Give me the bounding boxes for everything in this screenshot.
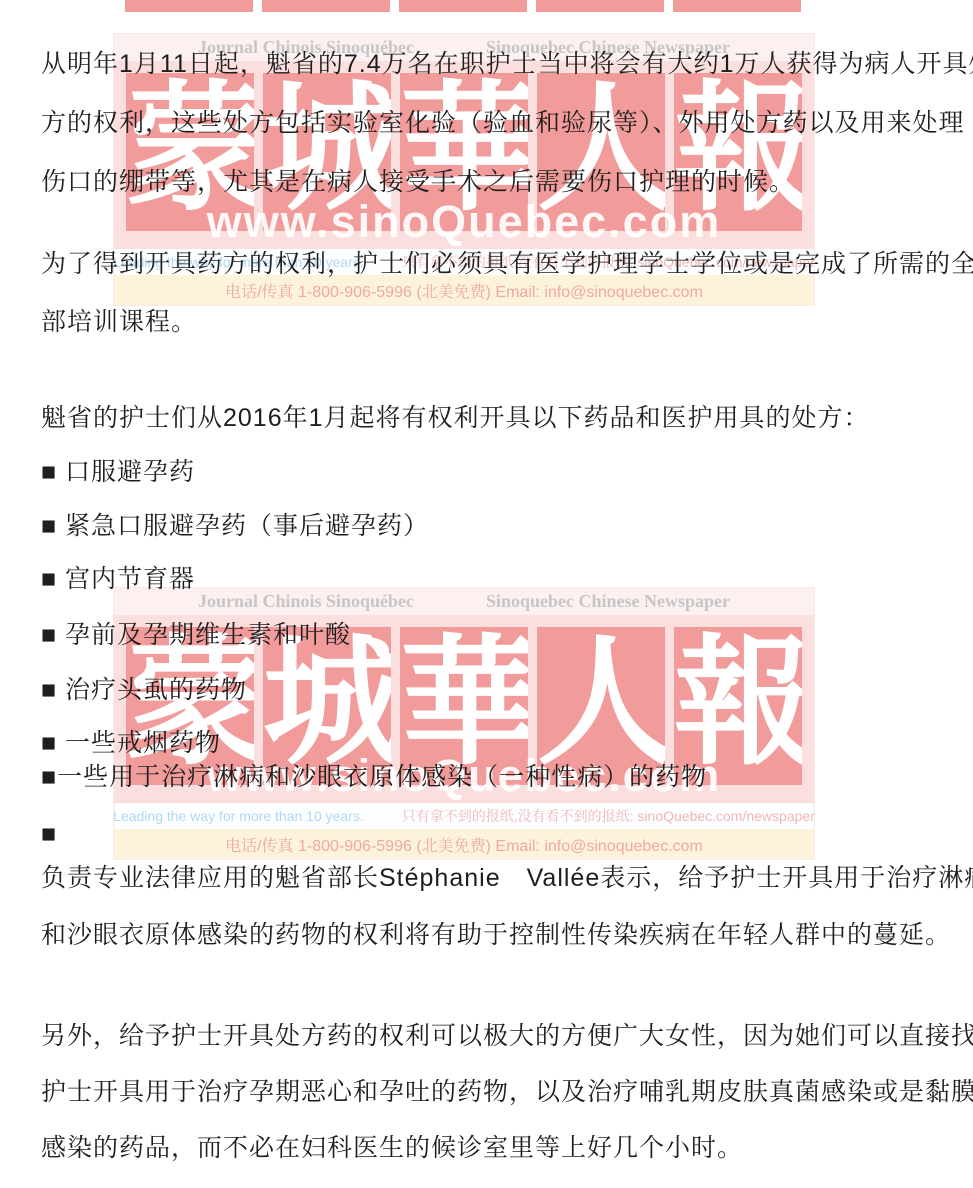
brand-character: 人 xyxy=(536,0,664,12)
brand-character: 華 xyxy=(399,0,527,12)
list-item: ■ 紧急口服避孕药（事后避孕药） xyxy=(41,512,429,540)
brand-character: 蒙 xyxy=(125,0,253,12)
contact-label: 电话/传真 1-800-906-5996 (北美免费) Email: info@… xyxy=(225,279,703,302)
paragraph-line: 魁省的护士们从2016年1月起将有权利开具以下药品和医护用具的处方： xyxy=(41,404,870,432)
list-item: ■ 口服避孕药 xyxy=(41,458,195,486)
paragraph-line: 另外，给予护士开具处方药的权利可以极大的方便广大女性，因为她们可以直接找 xyxy=(41,1022,973,1050)
article-page: 蒙 城 華 人 報 Journal Chinois Sinoquébec Sin… xyxy=(0,0,973,1188)
paragraph-line: 为了得到开具药方的权利，护士们必须具有医学护理学士学位或是完成了所需的全 xyxy=(41,250,973,278)
watermark-journal-band: Journal Chinois Sinoquébec Sinoquebec Ch… xyxy=(114,588,814,615)
list-item: ■ xyxy=(41,820,57,848)
paragraph-line: 和沙眼衣原体感染的药物的权利将有助于控制性传染疾病在年轻人群中的蔓延。 xyxy=(41,921,951,949)
watermark-fragment-top: 蒙 城 華 人 報 xyxy=(113,0,813,14)
watermark-contact-band: 电话/传真 1-800-906-5996 (北美免费) Email: info@… xyxy=(114,829,814,859)
paragraph-line: 伤口的绷带等，尤其是在病人接受手术之后需要伤口护理的时候。 xyxy=(41,168,795,196)
brand-character: 報 xyxy=(673,0,801,12)
paragraph-line: 部培训课程。 xyxy=(41,308,197,336)
paragraph-line: 感染的药品，而不必在妇科医生的候诊室里等上好几个小时。 xyxy=(41,1134,743,1162)
slogan-en-label: Leading the way for more than 10 years. xyxy=(113,808,364,824)
journal-right-label: Sinoquebec Chinese Newspaper xyxy=(486,591,730,612)
site-url-label: www.sinoQuebec.com xyxy=(114,196,814,248)
watermark-contact-band: 电话/传真 1-800-906-5996 (北美免费) Email: info@… xyxy=(114,275,814,305)
slogan-zh-label: 只有拿不到的报纸,没有看不到的报纸: sinoQuebec.com/newspa… xyxy=(402,806,815,826)
paragraph-line: 从明年1月11日起，魁省的7.4万名在职护士当中将会有大约1万人获得为病人开具处 xyxy=(41,50,973,78)
paragraph-line: 负责专业法律应用的魁省部长Stéphanie Vallée表示，给予护士开具用于… xyxy=(41,864,973,892)
journal-left-label: Journal Chinois Sinoquébec xyxy=(198,591,414,612)
list-item: ■ 孕前及孕期维生素和叶酸 xyxy=(41,621,351,649)
list-item: ■ 一些戒烟药物 xyxy=(41,729,221,757)
list-item: ■一些用于治疗淋病和沙眼衣原体感染（一种性病）的药物 xyxy=(41,763,707,791)
brand-glyph-row: 蒙 城 華 人 報 xyxy=(113,0,813,12)
watermark-slogan-band: Leading the way for more than 10 years. … xyxy=(114,803,814,829)
paragraph-line: 方的权利，这些处方包括实验室化验（验血和验尿等）、外用处方药以及用来处理 xyxy=(41,109,965,137)
paragraph-line: 护士开具用于治疗孕期恶心和孕吐的药物，以及治疗哺乳期皮肤真菌感染或是黏膜 xyxy=(41,1078,973,1106)
list-item: ■ 宫内节育器 xyxy=(41,565,195,593)
watermark-brand-band: 蒙 城 華 人 報 www.sinoQuebec.com xyxy=(114,61,814,249)
contact-label: 电话/传真 1-800-906-5996 (北美免费) Email: info@… xyxy=(225,833,703,856)
list-item: ■ 治疗头虱的药物 xyxy=(41,676,247,704)
brand-character: 城 xyxy=(262,0,390,12)
